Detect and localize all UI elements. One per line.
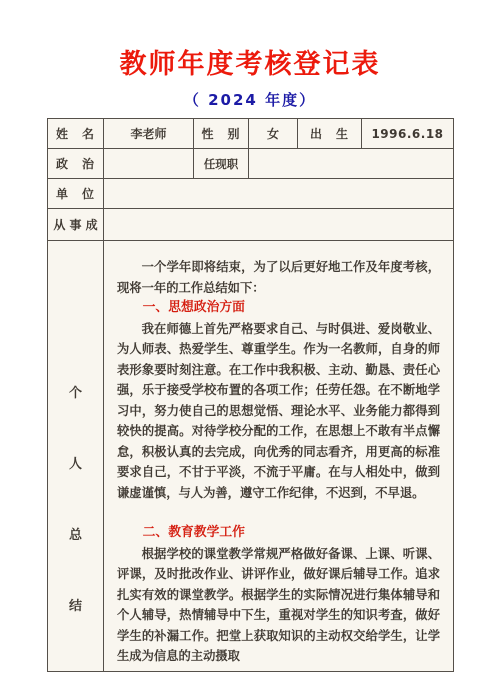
section1-body: 我在师德上首先严格要求自己、与时俱进、爱岗敬业、为人师表、热爱学生、尊重学生。作… — [117, 319, 440, 504]
side-char: 结 — [69, 595, 82, 614]
name-value: 李老师 — [104, 119, 194, 149]
row-politics-post: 政 治 任现职 — [48, 149, 454, 179]
gender-label: 性 别 — [194, 119, 249, 149]
summary-content-cell: 一个学年即将结束，为了以后更好地工作及年度考核，现将一年的工作总结如下： 一、思… — [104, 241, 454, 672]
row-personal-summary: 个 人 总 结 一个学年即将结束，为了以后更好地工作及年度考核，现将一年的工作总… — [48, 241, 454, 672]
summary-intro: 一个学年即将结束，为了以后更好地工作及年度考核，现将一年的工作总结如下： — [117, 257, 440, 298]
summary-side-label-cell: 个 人 总 结 — [48, 241, 104, 672]
unit-value — [104, 179, 454, 209]
birth-label: 出 生 — [298, 119, 362, 149]
side-char: 人 — [69, 453, 82, 472]
name-label: 姓 名 — [48, 119, 104, 149]
page-title: 教师年度考核登记表 — [0, 42, 500, 81]
row-unit: 单 位 — [48, 179, 454, 209]
birth-value: 1996.6.18 — [362, 119, 454, 149]
politics-label: 政 治 — [48, 149, 104, 179]
career-label: 从 事 成 — [48, 209, 104, 241]
current-post-label: 任现职 — [194, 149, 249, 179]
career-value — [104, 209, 454, 241]
assessment-form-table: 姓 名 李老师 性 别 女 出 生 1996.6.18 政 治 任现职 单 位 … — [47, 118, 454, 672]
section2-heading: 二、教育教学工作 — [117, 523, 440, 544]
current-post-value — [249, 149, 454, 179]
page-subtitle: （ 2024 年度） — [0, 89, 500, 110]
row-name-gender-birth: 姓 名 李老师 性 别 女 出 生 1996.6.18 — [48, 119, 454, 149]
summary-side-label: 个 人 总 结 — [52, 297, 99, 614]
section1-heading: 一、思想政治方面 — [117, 298, 440, 319]
side-char: 个 — [69, 382, 82, 401]
document-page: 教师年度考核登记表 （ 2024 年度） 姓 名 李老师 性 别 女 出 生 1… — [0, 0, 500, 679]
summary-text: 一个学年即将结束，为了以后更好地工作及年度考核，现将一年的工作总结如下： 一、思… — [108, 241, 449, 671]
unit-label: 单 位 — [48, 179, 104, 209]
side-char: 总 — [69, 524, 82, 543]
row-career: 从 事 成 — [48, 209, 454, 241]
gender-value: 女 — [249, 119, 298, 149]
section2-body: 根据学校的课堂教学常规严格做好备课、上课、听课、评课，及时批改作业、讲评作业，做… — [117, 544, 440, 667]
politics-value — [104, 149, 194, 179]
